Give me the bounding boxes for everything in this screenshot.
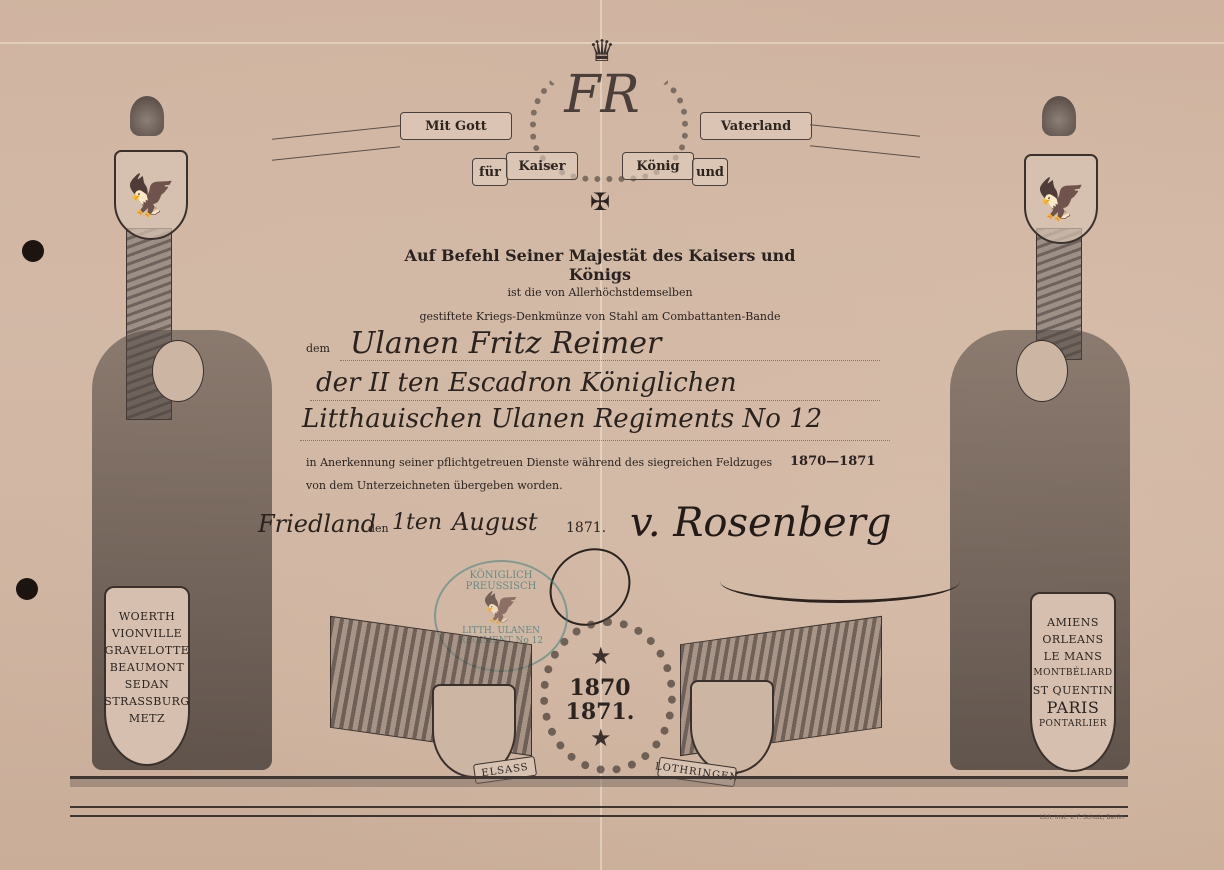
- battle-name: LE MANS: [1044, 648, 1103, 665]
- battle-name: MONTBÉLIARD: [1033, 665, 1112, 682]
- figure-face-right: [1016, 340, 1068, 402]
- star-icon: ★: [590, 642, 612, 670]
- campaign-years: 1870—1871: [790, 454, 875, 469]
- year: 1871.: [566, 520, 606, 536]
- battle-name: STRASSBURG: [104, 693, 189, 710]
- column-finial-left: [130, 96, 164, 136]
- figure-face-left: [152, 340, 204, 402]
- recipient-name: Ulanen Fritz Reimer: [350, 326, 661, 361]
- battle-name: SEDAN: [125, 676, 169, 693]
- fill-line: [340, 360, 880, 361]
- handover-text: von dem Unterzeichneten übergeben worden…: [306, 479, 563, 492]
- stamp-eagle-icon: 🦅: [436, 592, 566, 626]
- lorraine-coat-of-arms-icon: [690, 680, 774, 774]
- body-line-1: ist die von Allerhöchstdemselben: [400, 286, 800, 299]
- center-years: 1870 1871.: [560, 676, 640, 724]
- fill-line: [300, 440, 890, 441]
- printer-credit: Lith. Inst. v. F. Schulz, Berlin: [1040, 814, 1124, 821]
- fill-line: [310, 400, 880, 401]
- base-line: [70, 806, 1128, 808]
- battle-name: GRAVELOTTE: [105, 642, 190, 659]
- motto-text: König: [636, 159, 679, 174]
- battle-name: METZ: [129, 710, 165, 727]
- den-label: den: [368, 522, 389, 535]
- recipient-squadron: der II ten Escadron Königlichen: [316, 368, 737, 398]
- punch-hole-bottom: [16, 578, 38, 600]
- battle-name: AMIENS: [1047, 614, 1099, 631]
- battle-name: VIONVILLE: [112, 625, 182, 642]
- recognition-text: in Anerkennung seiner pflichtgetreuen Di…: [306, 456, 772, 469]
- motto-text: und: [696, 165, 724, 180]
- battle-name: ST QUENTIN: [1033, 682, 1114, 699]
- battle-name: BEAUMONT: [110, 659, 185, 676]
- certificate-title: Auf Befehl Seiner Majestät des Kaisers u…: [380, 246, 820, 284]
- battle-name: ORLEANS: [1042, 631, 1103, 648]
- ribbon-tail-left: [272, 125, 400, 160]
- battle-name: PARIS: [1047, 699, 1100, 716]
- dem-label: dem: [306, 342, 330, 355]
- iron-cross-icon: ✠: [590, 188, 610, 216]
- base-plinth: [70, 776, 1128, 817]
- punch-hole-top: [22, 240, 44, 262]
- column-finial-right: [1042, 96, 1076, 136]
- day: 1ten: [392, 510, 442, 535]
- battle-name: PONTARLIER: [1039, 716, 1107, 733]
- body-line-2: gestiftete Kriegs-Denkmünze von Stahl am…: [380, 310, 820, 323]
- year-1871: 1871.: [560, 700, 640, 724]
- motto-text: Kaiser: [518, 159, 565, 174]
- battle-shield-left: WOERTH VIONVILLE GRAVELOTTE BEAUMONT SED…: [104, 586, 190, 766]
- motto-banner-koenig: König: [622, 152, 694, 180]
- motto-text: für: [479, 165, 501, 180]
- eagle-crest-right-icon: 🦅: [1024, 154, 1098, 244]
- eagle-crest-left-icon: 🦅: [114, 150, 188, 240]
- battle-shield-right: AMIENS ORLEANS LE MANS MONTBÉLIARD ST QU…: [1030, 592, 1116, 772]
- star-icon: ★: [590, 724, 612, 752]
- stamp-top-text: KÖNIGLICH PREUSSISCH: [436, 570, 566, 592]
- ribbon-tail-right: [810, 124, 920, 158]
- recipient-regiment: Litthauischen Ulanen Regiments No 12: [302, 404, 822, 434]
- motto-banner-und: und: [692, 158, 728, 186]
- motto-text: Mit Gott: [425, 119, 487, 134]
- signature: v. Rosenberg: [630, 500, 891, 546]
- year-1870: 1870: [560, 676, 640, 700]
- motto-banner-vaterland: Vaterland: [700, 112, 812, 140]
- motto-banner-kaiser: Kaiser: [506, 152, 578, 180]
- month: August: [452, 508, 538, 536]
- motto-banner-mit-gott: Mit Gott: [400, 112, 512, 140]
- certificate-sheet: ♛ FR ✠ Mit Gott für Kaiser König und Vat…: [0, 0, 1224, 870]
- motto-text: Vaterland: [721, 119, 791, 134]
- motto-banner-fuer: für: [472, 158, 508, 186]
- signature-underline: [720, 560, 960, 603]
- battle-name: WOERTH: [119, 608, 175, 625]
- place-name: Friedland: [258, 510, 376, 538]
